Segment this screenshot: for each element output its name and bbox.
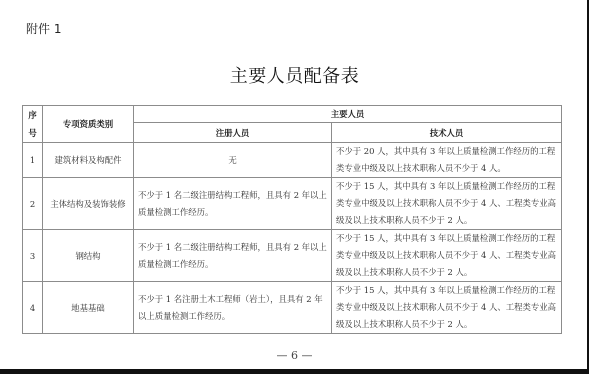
row-registered: 不少于 1 名二级注册结构工程师，且具有 2 年以上质量检测工作经历。 [134, 230, 332, 282]
row-technical: 不少于 15 人，其中具有 3 年以上质量检测工作经历的工程类专业中级及以上技术… [332, 178, 562, 230]
page-edge-bottom [0, 369, 589, 374]
row-seq: 1 [23, 143, 43, 178]
row-registered: 不少于 1 名二级注册结构工程师，且具有 2 年以上质量检测工作经历。 [134, 178, 332, 230]
row-seq: 3 [23, 230, 43, 282]
personnel-table: 序 号 专项资质类别 主要人员 注册人员 技术人员 1 建筑材料及构配件 无 不… [22, 105, 562, 334]
table-row: 3 钢结构 不少于 1 名二级注册结构工程师，且具有 2 年以上质量检测工作经历… [23, 230, 562, 282]
row-category: 主体结构及装饰装修 [43, 178, 134, 230]
row-technical: 不少于 20 人，其中具有 3 年以上质量检测工作经历的工程类专业中级及以上技术… [332, 143, 562, 178]
header-seq-line2: 号 [23, 124, 42, 142]
row-category: 地基基础 [43, 282, 134, 334]
row-registered: 不少于 1 名注册土木工程师（岩土），且具有 2 年以上质量检测工作经历。 [134, 282, 332, 334]
table-row: 2 主体结构及装饰装修 不少于 1 名二级注册结构工程师，且具有 2 年以上质量… [23, 178, 562, 230]
table-row: 4 地基基础 不少于 1 名注册土木工程师（岩土），且具有 2 年以上质量检测工… [23, 282, 562, 334]
page-number: — 6 — [0, 349, 589, 362]
document-title: 主要人员配备表 [0, 62, 589, 88]
row-technical: 不少于 15 人，其中具有 3 年以上质量检测工作经历的工程类专业中级及以上技术… [332, 230, 562, 282]
header-technical: 技术人员 [332, 123, 562, 143]
attachment-label: 附件 1 [26, 20, 61, 37]
header-main-personnel: 主要人员 [134, 106, 562, 123]
row-seq: 4 [23, 282, 43, 334]
header-category: 专项资质类别 [43, 106, 134, 143]
row-seq: 2 [23, 178, 43, 230]
table-row: 1 建筑材料及构配件 无 不少于 20 人，其中具有 3 年以上质量检测工作经历… [23, 143, 562, 178]
row-registered: 无 [134, 143, 332, 178]
row-category: 建筑材料及构配件 [43, 143, 134, 178]
header-row-top: 序 号 专项资质类别 主要人员 [23, 106, 562, 123]
header-seq-line1: 序 [23, 106, 42, 124]
row-category: 钢结构 [43, 230, 134, 282]
header-seq: 序 号 [23, 106, 43, 143]
header-registered: 注册人员 [134, 123, 332, 143]
row-technical: 不少于 15 人，其中具有 3 年以上质量检测工作经历的工程类专业中级及以上技术… [332, 282, 562, 334]
